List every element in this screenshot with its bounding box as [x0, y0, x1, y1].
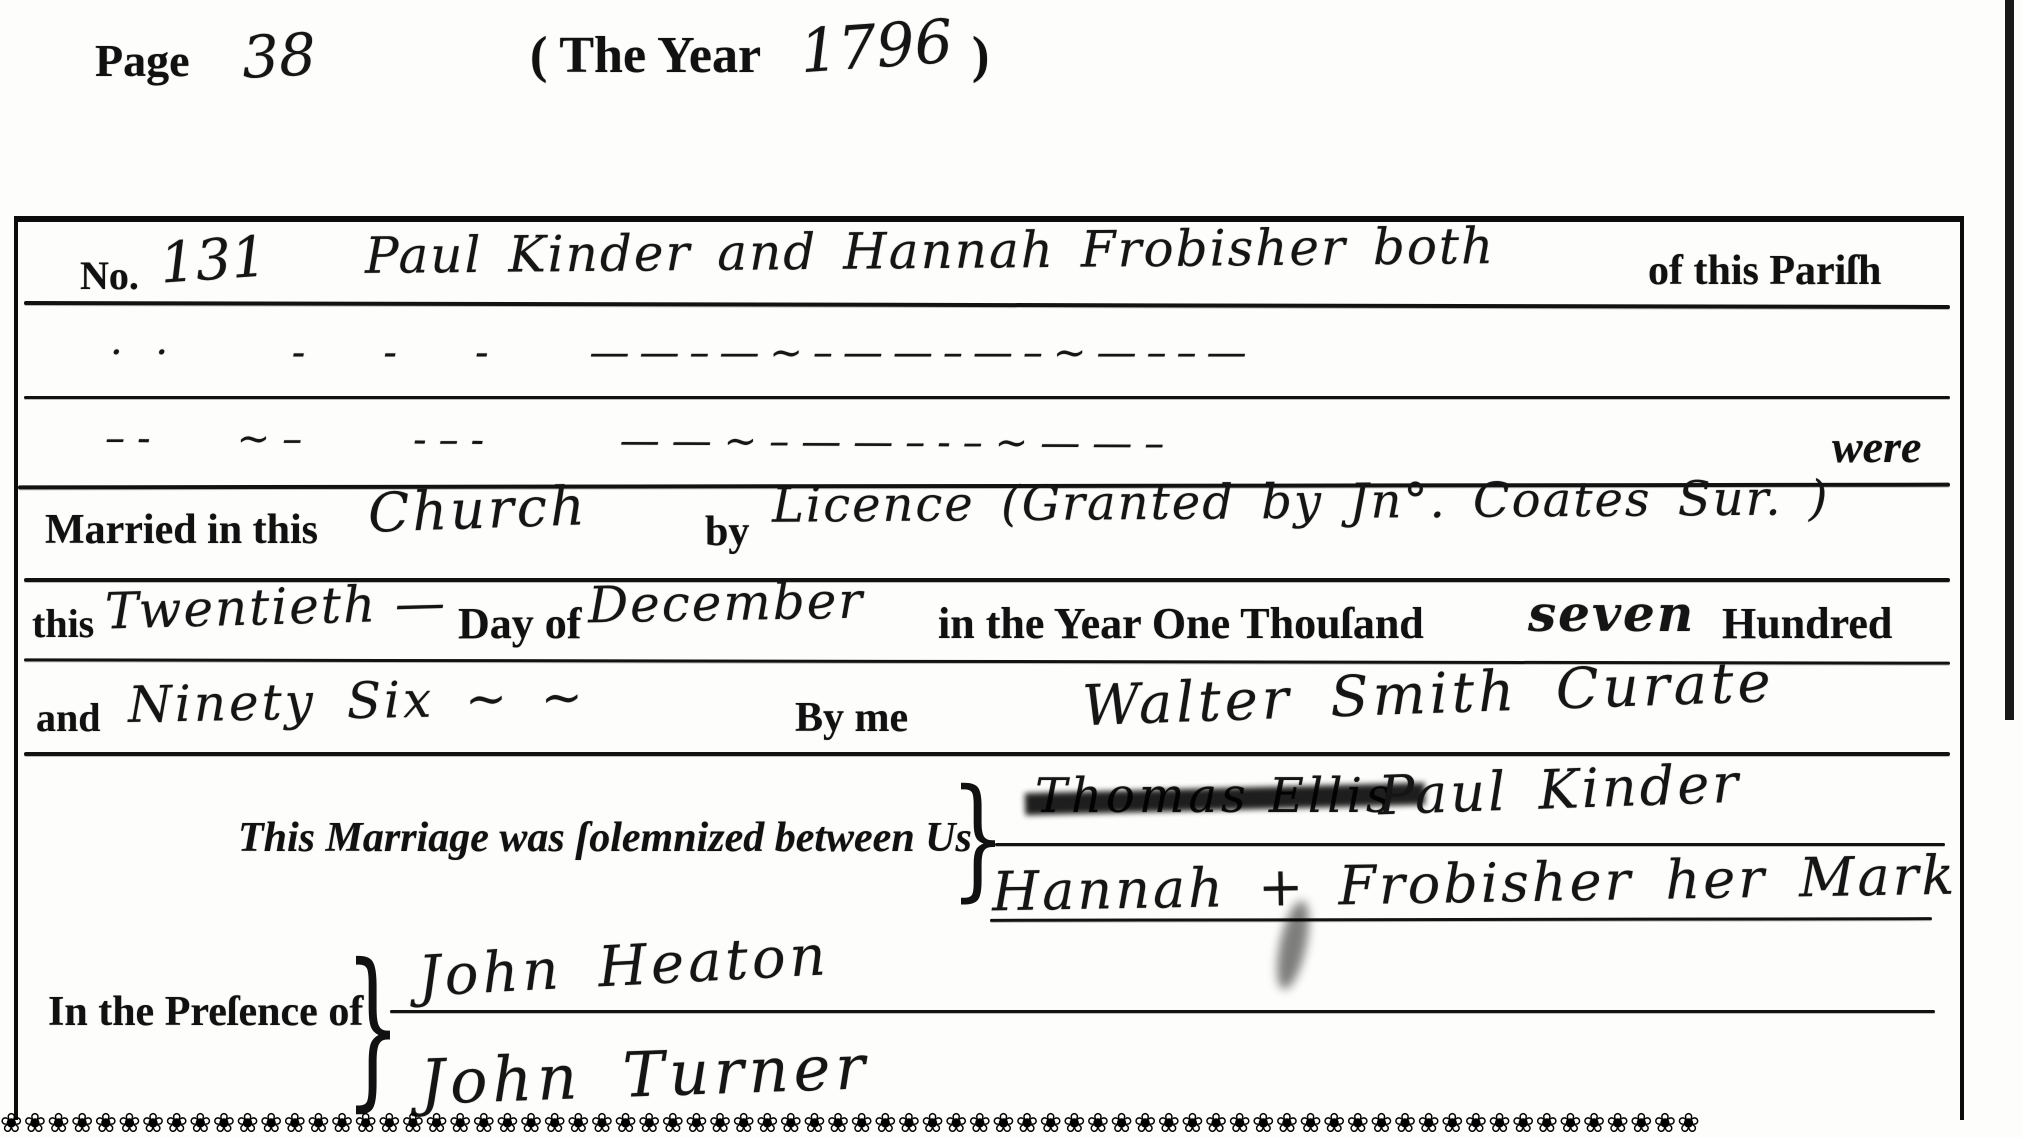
- year-heading-suffix: ): [972, 26, 989, 85]
- page-label: Page: [95, 34, 190, 87]
- by-me-printed: By me: [795, 694, 908, 742]
- pen-strokes-row: · · - - - ——–—~–——–—–~—––—: [110, 330, 1256, 376]
- church-handwritten: Church: [367, 474, 589, 545]
- century-handwritten: seven: [1528, 584, 1695, 643]
- couple-names-handwritten: Paul Kinder and Hannah Frobisher both: [365, 217, 1496, 285]
- curly-brace: }: [345, 942, 401, 1114]
- month-handwritten: December: [588, 572, 865, 635]
- register-page-scan: Page 38 ( The Year 1796 ) No. 131 Paul K…: [0, 0, 2022, 1138]
- entry-number-label: No.: [80, 252, 139, 299]
- solemnized-printed: This Marriage was ſolemnized between Us: [238, 814, 972, 862]
- married-in-this-printed: Married in this: [45, 506, 318, 554]
- scan-edge-artifact: [2005, 0, 2014, 720]
- day-of-printed: Day of: [458, 598, 581, 649]
- year-heading-prefix: ( The Year: [530, 26, 761, 85]
- entry-number-value: 131: [158, 224, 269, 296]
- hundred-printed: Hundred: [1722, 598, 1892, 649]
- decade-handwritten: Ninety Six ~ ~: [128, 668, 587, 734]
- pen-strokes-row: –- ~– -–- ——~–——–-–~——–: [105, 415, 1176, 467]
- and-printed: and: [36, 694, 101, 741]
- ruled-line: [24, 396, 1950, 399]
- year-words-printed: in the Year One Thouſand: [938, 598, 1424, 649]
- ornament-border: ❀❀❀❀❀❀❀❀❀❀❀❀❀❀❀❀❀❀❀❀❀❀❀❀❀❀❀❀❀❀❀❀❀❀❀❀❀❀❀❀…: [0, 1110, 2022, 1138]
- by-printed: by: [705, 508, 749, 556]
- this-printed: this: [32, 600, 94, 647]
- of-this-parish-printed: of this Pariſh: [1648, 247, 1881, 295]
- groom-signature: Paul Kinder: [1377, 752, 1742, 828]
- groom-name-struck-out: Thomas Ellis: [1035, 768, 1395, 824]
- presence-of-printed: In the Preſence of: [48, 988, 363, 1036]
- page-number-handwritten: 38: [240, 20, 317, 92]
- were-printed: were: [1832, 420, 1921, 473]
- licence-handwritten: Licence (Granted by Jn°. Coates Sur. ): [772, 470, 1830, 533]
- ruled-line: [390, 1010, 1935, 1013]
- day-handwritten: Twentieth —: [104, 574, 447, 641]
- year-value-handwritten: 1796: [798, 7, 955, 87]
